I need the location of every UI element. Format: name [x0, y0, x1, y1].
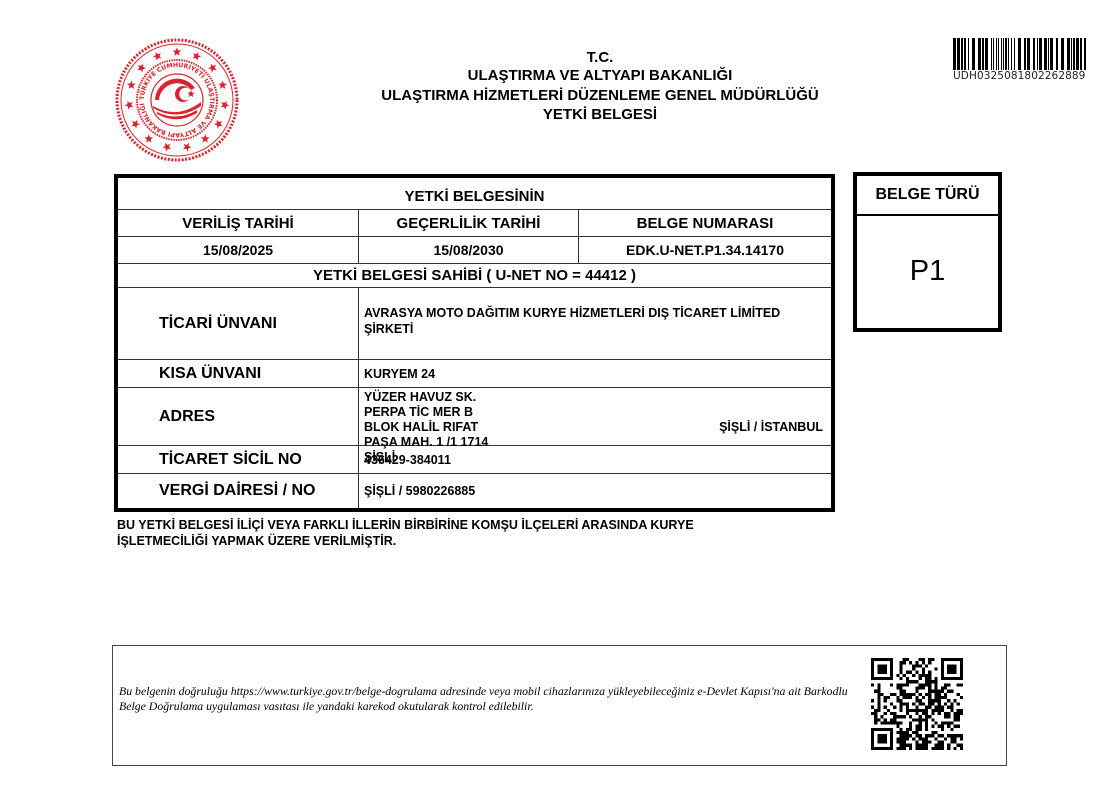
- short-name-value: KURYEM 24: [358, 360, 831, 387]
- issue-date-header: VERİLİŞ TARİHİ: [118, 210, 358, 236]
- column-value-row: 15/08/2025 15/08/2030 EDK.U-NET.P1.34.14…: [118, 237, 831, 264]
- header-directorate: ULAŞTIRMA HİZMETLERİ DÜZENLEME GENEL MÜD…: [330, 86, 870, 105]
- barcode-number: UDH0325081802262889: [953, 70, 1093, 82]
- holder-title-row: YETKİ BELGESİ SAHİBİ ( U-NET NO = 44412 …: [118, 264, 831, 288]
- authorization-note: BU YETKİ BELGESİ İLİÇİ VEYA FARKLI İLLER…: [117, 518, 777, 549]
- header-ministry: ULAŞTIRMA VE ALTYAPI BAKANLIĞI: [330, 66, 870, 85]
- address-value: YÜZER HAVUZ SK. PERPA TİC MER B BLOK HAL…: [358, 388, 831, 445]
- trade-name-value: AVRASYA MOTO DAĞITIM KURYE HİZMETLERİ DI…: [358, 288, 831, 359]
- barcode-icon: [953, 38, 1088, 70]
- field-row-trade-registry: TİCARET SİCİL NO 436429-384011: [118, 446, 831, 474]
- validity-date-header: GEÇERLİLİK TARİHİ: [358, 210, 578, 236]
- field-row-trade-name: TİCARİ ÜNVANI AVRASYA MOTO DAĞITIM KURYE…: [118, 288, 831, 360]
- qr-code-icon[interactable]: [871, 658, 963, 750]
- address-city: ŞİŞLİ / İSTANBUL: [719, 420, 823, 434]
- validity-date-value: 15/08/2030: [358, 237, 578, 263]
- certificate-table: YETKİ BELGESİNİN VERİLİŞ TARİHİ GEÇERLİL…: [114, 174, 835, 512]
- document-number-value: EDK.U-NET.P1.34.14170: [578, 237, 831, 263]
- ministry-seal-icon: TÜRKİYE CUMHURİYETİ ULAŞTIRMA VE ALTYAPI…: [113, 38, 241, 162]
- column-header-row: VERİLİŞ TARİHİ GEÇERLİLİK TARİHİ BELGE N…: [118, 210, 831, 237]
- trade-registry-value: 436429-384011: [358, 446, 831, 473]
- document-title: YETKİ BELGESİ: [330, 105, 870, 124]
- document-type-title: BELGE TÜRÜ: [857, 176, 998, 216]
- section-title-row: YETKİ BELGESİNİN: [118, 178, 831, 210]
- field-row-short-name: KISA ÜNVANI KURYEM 24: [118, 360, 831, 388]
- short-name-label: KISA ÜNVANI: [118, 360, 358, 387]
- tax-office-label: VERGİ DAİRESİ / NO: [118, 474, 358, 508]
- issue-date-value: 15/08/2025: [118, 237, 358, 263]
- header-country: T.C.: [330, 48, 870, 67]
- document-type-value: P1: [857, 216, 998, 326]
- field-row-address: ADRES YÜZER HAVUZ SK. PERPA TİC MER B BL…: [118, 388, 831, 446]
- holder-title: YETKİ BELGESİ SAHİBİ ( U-NET NO = 44412 …: [118, 264, 831, 287]
- document-type-box: BELGE TÜRÜ P1: [853, 172, 1002, 332]
- section-title: YETKİ BELGESİNİN: [118, 178, 831, 209]
- verification-text: Bu belgenin doğruluğu https://www.turkiy…: [119, 684, 849, 714]
- address-label: ADRES: [118, 388, 358, 445]
- field-row-tax-office: VERGİ DAİRESİ / NO ŞİŞLİ / 5980226885: [118, 474, 831, 508]
- document-number-header: BELGE NUMARASI: [578, 210, 831, 236]
- verification-box: Bu belgenin doğruluğu https://www.turkiy…: [112, 645, 1007, 766]
- tax-office-value: ŞİŞLİ / 5980226885: [358, 474, 831, 508]
- trade-registry-label: TİCARET SİCİL NO: [118, 446, 358, 473]
- trade-name-label: TİCARİ ÜNVANI: [118, 288, 358, 359]
